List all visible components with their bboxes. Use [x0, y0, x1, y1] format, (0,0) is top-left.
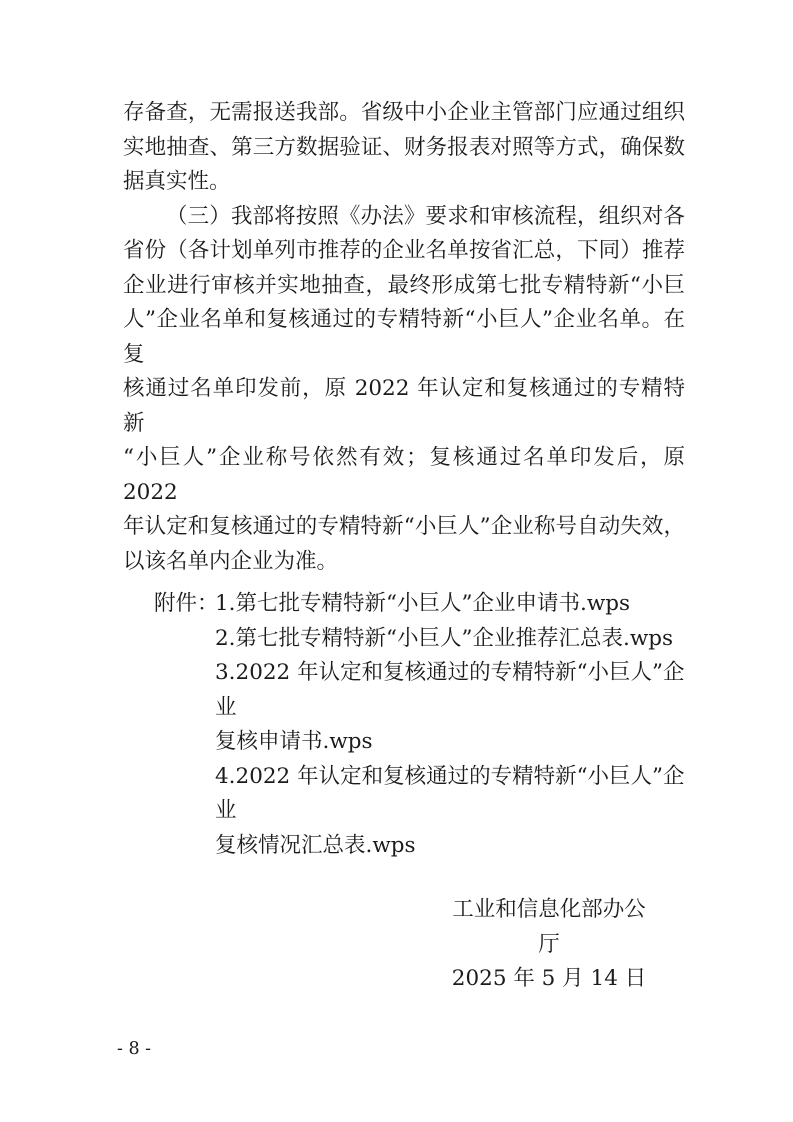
- attachment-item: 3.2022 年认定和复核通过的专精特新“小巨人”企业: [215, 656, 685, 725]
- attachments-label: 附件：: [154, 587, 215, 622]
- paragraph-continued: 存备查，无需报送我部。省级中小企业主管部门应通过组织 实地抽查、第三方数据验证、…: [123, 96, 685, 200]
- document-body: 存备查，无需报送我部。省级中小企业主管部门应通过组织 实地抽查、第三方数据验证、…: [123, 96, 685, 997]
- attachment-item: 1.第七批专精特新“小巨人”企业申请书.wps: [215, 587, 685, 622]
- attachments-list: 1.第七批专精特新“小巨人”企业申请书.wps 2.第七批专精特新“小巨人”企业…: [215, 587, 685, 863]
- text-line: 核通过名单印发前，原 2022 年认定和复核通过的专精特新: [123, 372, 685, 441]
- paragraph-item-three: （三）我部将按照《办法》要求和审核流程，组织对各 省份（各计划单列市推荐的企业名…: [123, 200, 685, 580]
- attachment-item-continuation: 复核申请书.wps: [215, 725, 685, 760]
- attachment-item: 4.2022 年认定和复核通过的专精特新“小巨人”企业: [215, 760, 685, 829]
- attachments-block: 附件： 1.第七批专精特新“小巨人”企业申请书.wps 2.第七批专精特新“小巨…: [123, 587, 685, 863]
- text-line: 年认定和复核通过的专精特新“小巨人”企业称号自动失效，: [123, 510, 685, 545]
- text-line: “小巨人”企业称号依然有效；复核通过名单印发后，原 2022: [123, 441, 685, 510]
- attachment-item-continuation: 复核情况汇总表.wps: [215, 829, 685, 864]
- attachment-item: 2.第七批专精特新“小巨人”企业推荐汇总表.wps: [215, 622, 685, 657]
- text-line: 存备查，无需报送我部。省级中小企业主管部门应通过组织: [123, 96, 685, 131]
- document-page: 存备查，无需报送我部。省级中小企业主管部门应通过组织 实地抽查、第三方数据验证、…: [0, 0, 793, 1122]
- text-line: 人”企业名单和复核通过的专精特新“小巨人”企业名单。在复: [123, 303, 685, 372]
- text-line: 据真实性。: [123, 165, 685, 200]
- text-line: 以该名单内企业为准。: [123, 545, 685, 580]
- text-line: 省份（各计划单列市推荐的企业名单按省汇总，下同）推荐: [123, 234, 685, 269]
- signature-org: 工业和信息化部办公厅: [443, 893, 655, 962]
- text-line: 企业进行审核并实地抽查，最终形成第七批专精特新“小巨: [123, 269, 685, 304]
- signature-block: 工业和信息化部办公厅 2025 年 5 月 14 日: [443, 893, 655, 997]
- text-line: 实地抽查、第三方数据验证、财务报表对照等方式，确保数: [123, 131, 685, 166]
- text-line: （三）我部将按照《办法》要求和审核流程，组织对各: [123, 200, 685, 235]
- page-number: - 8 -: [117, 1038, 151, 1060]
- signature-date: 2025 年 5 月 14 日: [443, 962, 655, 997]
